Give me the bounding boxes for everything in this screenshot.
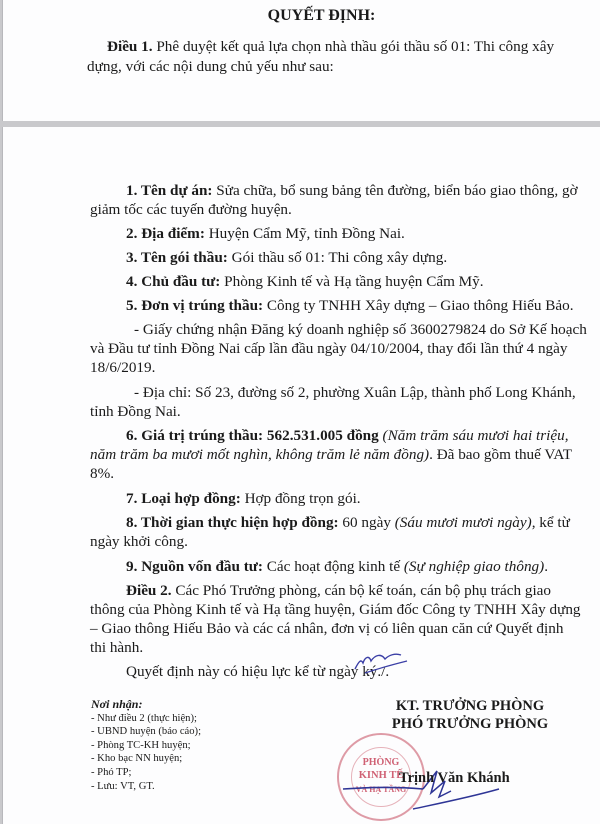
recipients-heading: Nơi nhận: xyxy=(91,698,201,712)
recipient-item: - Lưu: VT, GT. xyxy=(91,780,201,794)
item-5-address-line-1: - Địa chỉ: Số 23, đường số 2, phường Xuâ… xyxy=(134,383,576,402)
signature-title-2: PHÓ TRƯỞNG PHÒNG xyxy=(360,716,580,733)
decision-heading: QUYẾT ĐỊNH: xyxy=(3,7,600,25)
recipient-item: - Kho bạc NN huyện; xyxy=(91,752,201,766)
item-5-license-line-2: và Đầu tư tỉnh Đồng Nai cấp lần đầu ngày… xyxy=(90,339,567,358)
recipient-item: - UBND huyện (báo cáo); xyxy=(91,725,201,739)
item-1-line-1: 1. Tên dự án: Sửa chữa, bổ sung bảng tên… xyxy=(126,181,578,200)
item-1-line-2: giảm tốc các tuyến đường huyện. xyxy=(90,200,292,219)
item-6-line-2: năm trăm ba mươi mốt nghìn, không trăm l… xyxy=(90,445,572,464)
item-2: 2. Địa điểm: Huyện Cẩm Mỹ, tỉnh Đồng Nai… xyxy=(126,224,405,243)
article-2-line-4: thi hành. xyxy=(90,638,143,657)
item-5-license-line-3: 18/6/2019. xyxy=(90,358,155,377)
article-2-line-2: thông của Phòng Kinh tế và Hạ tầng huyện… xyxy=(90,600,581,619)
item-6-line-3: 8%. xyxy=(90,464,114,483)
item-8-line-1: 8. Thời gian thực hiện hợp đồng: 60 ngày… xyxy=(126,513,570,532)
effective-statement: Quyết định này có hiệu lực kể từ ngày ký… xyxy=(126,662,389,681)
recipients-block: Nơi nhận: - Như điều 2 (thực hiện); - UB… xyxy=(91,698,201,793)
item-7: 7. Loại hợp đồng: Hợp đồng trọn gói. xyxy=(126,489,361,508)
article-1-line-2: dựng, với các nội dung chủ yếu như sau: xyxy=(87,57,334,76)
document-page-top: QUYẾT ĐỊNH: Điều 1. Phê duyệt kết quả lự… xyxy=(2,0,600,121)
item-5-address-line-2: tỉnh Đồng Nai. xyxy=(90,402,181,421)
initials-signature-icon xyxy=(351,651,411,677)
recipient-item: - Phòng TC-KH huyện; xyxy=(91,739,201,753)
signature-title-1: KT. TRƯỞNG PHÒNG xyxy=(360,698,580,715)
item-5: 5. Đơn vị trúng thầu: Công ty TNHH Xây d… xyxy=(126,296,574,315)
article-2-line-1: Điều 2. Các Phó Trưởng phòng, cán bộ kế … xyxy=(126,581,551,600)
item-8-line-2: ngày khởi công. xyxy=(90,532,188,551)
recipient-item: - Phó TP; xyxy=(91,766,201,780)
signer-name: Trịnh Văn Khánh xyxy=(399,770,510,787)
item-9: 9. Nguồn vốn đầu tư: Các hoạt động kinh … xyxy=(126,557,548,576)
document-page-main: 1. Tên dự án: Sửa chữa, bổ sung bảng tên… xyxy=(2,127,600,824)
item-4: 4. Chủ đầu tư: Phòng Kinh tế và Hạ tầng … xyxy=(126,272,484,291)
article-1-line-1: Điều 1. Phê duyệt kết quả lựa chọn nhà t… xyxy=(107,37,554,56)
recipient-item: - Như điều 2 (thực hiện); xyxy=(91,712,201,726)
item-5-license-line-1: - Giấy chứng nhận Đăng ký doanh nghiệp s… xyxy=(134,320,587,339)
article-2-line-3: – Giao thông Hiếu Bảo và các cá nhân, đơ… xyxy=(90,619,563,638)
item-3: 3. Tên gói thầu: Gói thầu số 01: Thi côn… xyxy=(126,248,447,267)
item-6-line-1: 6. Giá trị trúng thầu: 562.531.005 đồng … xyxy=(126,426,569,445)
